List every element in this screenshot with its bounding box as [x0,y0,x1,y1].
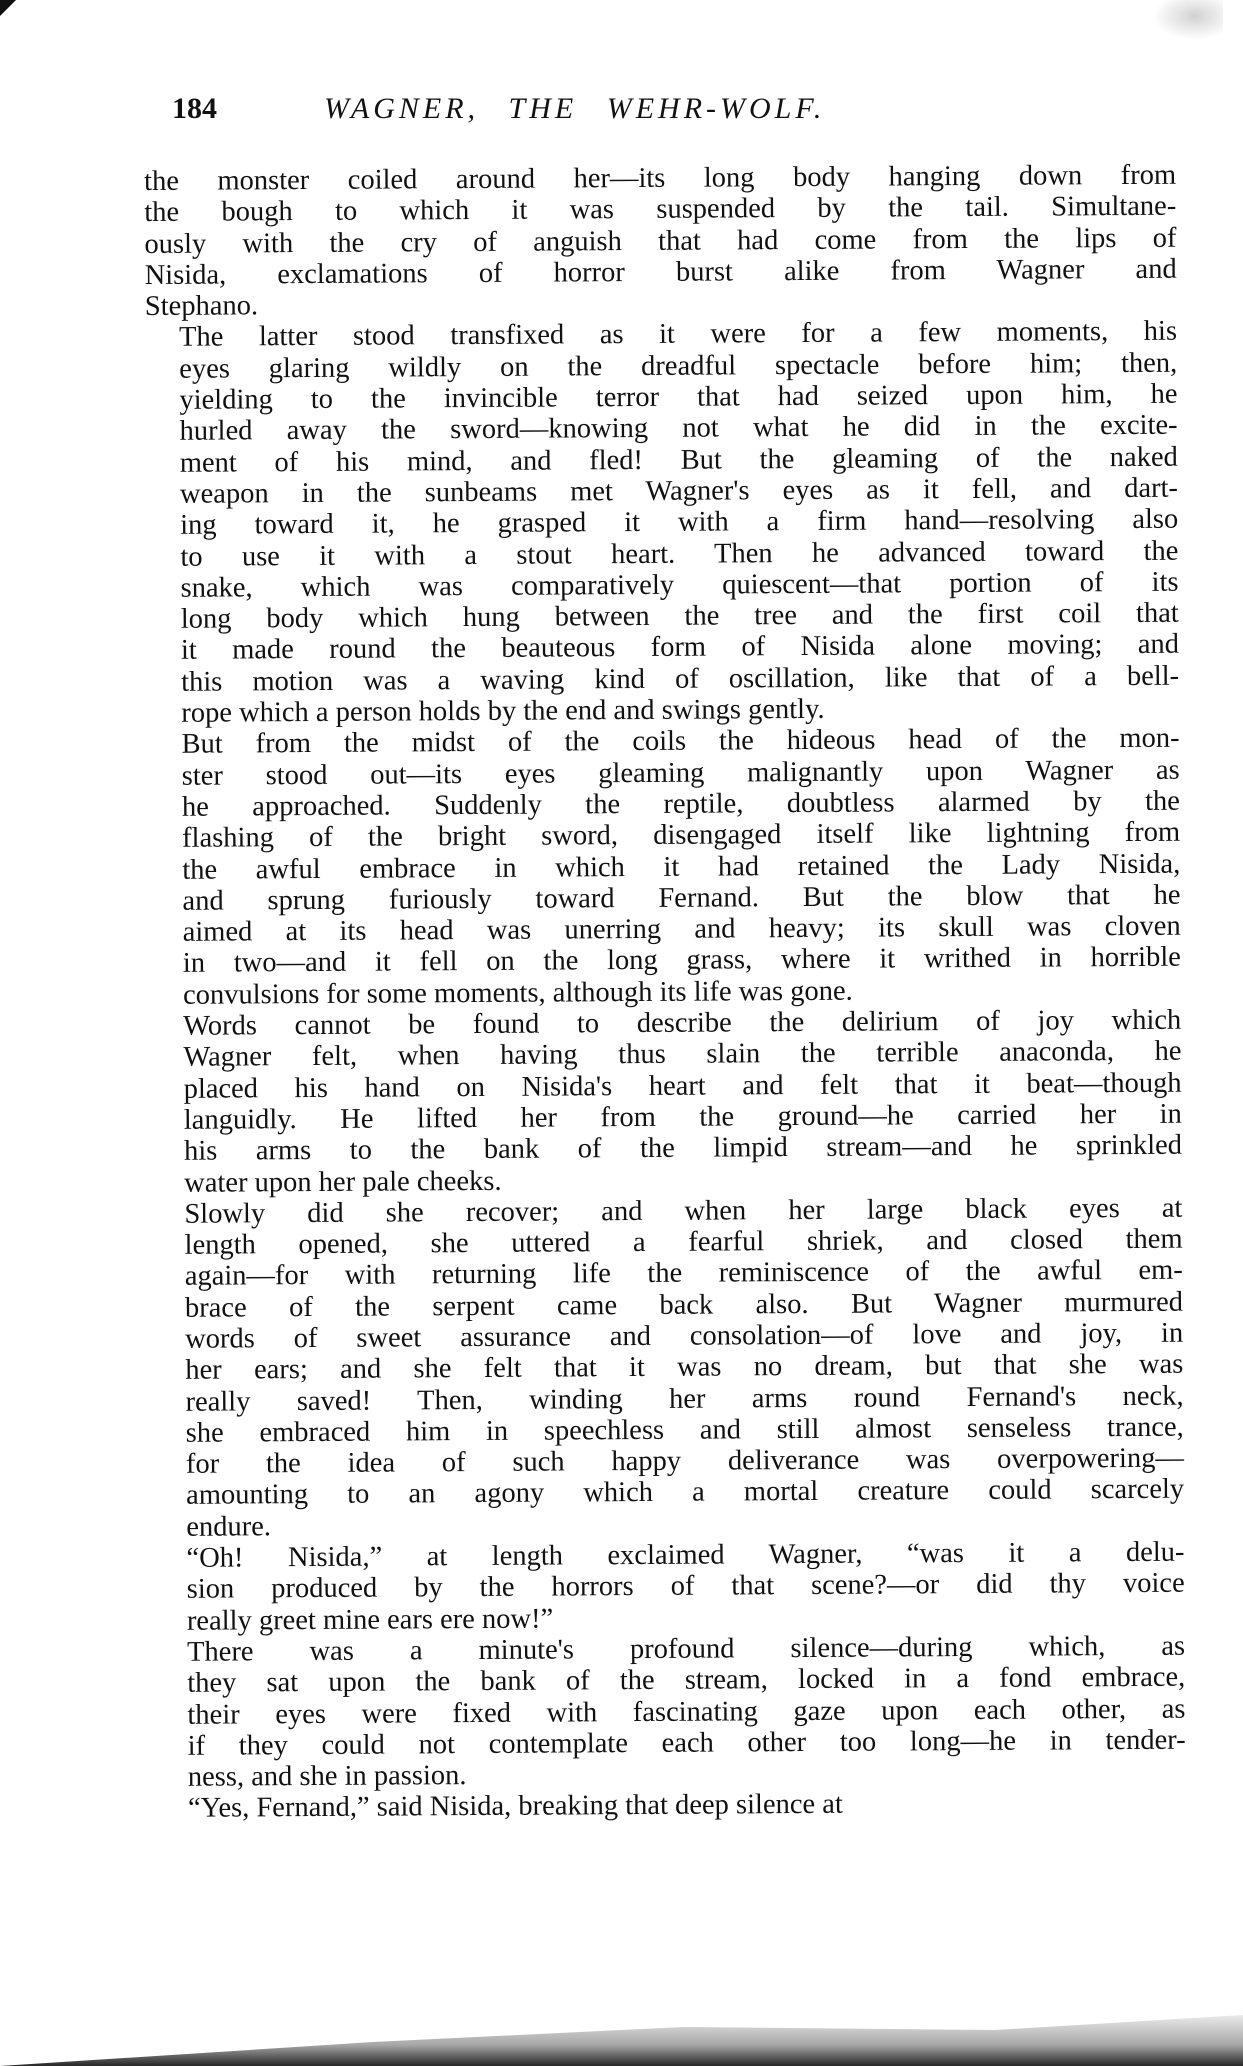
running-title: WAGNER, THE WEHR-WOLF. [324,92,825,126]
page-scuff-mark [1153,0,1223,40]
paragraph: The latter stood transfixed as it were f… [145,316,1179,729]
text-line: amounting to an agony which a mortal cre… [152,1474,1184,1512]
text-line: sion produced by the horrors of that sce… [153,1568,1185,1606]
text-line: his arms to the bank of the limpid strea… [150,1130,1182,1168]
scan-corner-mark [0,0,16,16]
text-line: if they could not contemplate each other… [154,1725,1186,1763]
page-number: 184 [172,92,217,126]
body-text: the monster coiled around her—its long b… [144,160,1186,1825]
text-line: in two—and it fell on the long grass, wh… [149,942,1181,980]
text-line: “Yes, Fernand,” said Nisida, breaking th… [154,1787,1186,1825]
text-line: this motion was a waving kind of oscilla… [147,660,1179,698]
paragraph: Slowly did she recover; and when her lar… [150,1192,1184,1543]
paragraph: “Yes, Fernand,” said Nisida, breaking th… [154,1787,1186,1825]
paragraph: the monster coiled around her—its long b… [144,160,1177,323]
paragraph: There was a minute's profound silence—du… [153,1631,1186,1794]
paragraph: But from the midst of the coils the hide… [147,723,1181,1011]
paragraph: “Oh! Nisida,” at length exclaimed Wagner… [152,1537,1185,1637]
page-header: 184 WAGNER, THE WEHR-WOLF. [172,92,1192,132]
paragraph: Words cannot be found to describe the de… [149,1005,1182,1199]
text-line: Nisida, exclamations of horror burst ali… [145,254,1177,292]
scan-edge-noise [0,2006,1243,2066]
